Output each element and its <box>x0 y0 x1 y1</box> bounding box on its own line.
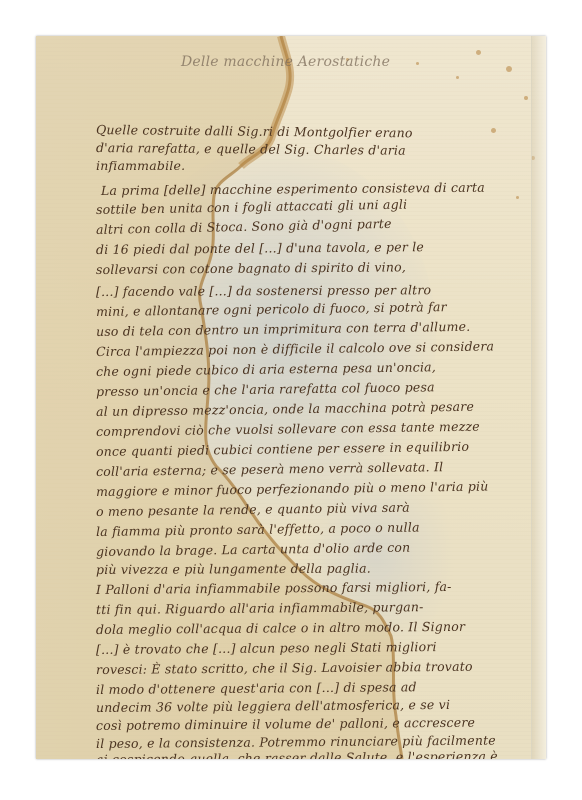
text-line: sollevarsi con cotone bagnato di spirito… <box>96 259 406 277</box>
text-line: tti fin qui. Riguardo all'aria infiammab… <box>96 599 424 617</box>
text-line: infiammabile. <box>96 158 185 173</box>
text-line: così potremo diminuire il volume de' pal… <box>96 715 475 733</box>
text-line: presso un'oncia e che l'aria rarefatta c… <box>96 379 435 399</box>
text-line: comprendovi ciò che vuolsi sollevare con… <box>96 419 480 439</box>
handwritten-text: Delle macchine Aerostatiche Quelle costr… <box>36 36 546 759</box>
text-line: mini, e allontanare ogni pericolo di fuo… <box>96 299 447 319</box>
text-line: al un dipresso mezz'oncia, onde la macch… <box>96 399 474 419</box>
text-line: [...] è trovato che [...] alcun peso neg… <box>96 639 437 657</box>
text-line: giovando la brage. La carta unta d'olio … <box>96 540 411 559</box>
text-line: La prima [delle] macchine esperimento co… <box>101 180 485 198</box>
text-line: la fiamma più pronto sarà l'effetto, a p… <box>96 519 420 539</box>
text-line: il modo d'ottenere quest'aria con [...] … <box>96 679 417 697</box>
text-line: o meno pesante la rende, e quanto più vi… <box>96 500 410 519</box>
text-line: di 16 piedi dal ponte del [...] d'una ta… <box>96 239 424 257</box>
text-line: più vivezza e più lungamente della pagli… <box>96 561 371 577</box>
text-line: sottile ben unita con i fogli attaccati … <box>96 197 407 217</box>
text-line: [...] facendo vale [...] da sostenersi p… <box>96 282 431 299</box>
text-line: rovesci: È stato scritto, che il Sig. La… <box>96 659 473 677</box>
text-line: d'aria rarefatta, e quelle del Sig. Char… <box>96 140 406 158</box>
text-line: dola meglio coll'acqua di calce o in alt… <box>96 619 465 637</box>
text-line: uso di tela con dentro un imprimitura co… <box>96 319 471 339</box>
text-line: undecim 36 volte più leggiera dell'atmos… <box>96 697 450 715</box>
text-line: maggiore e minor fuoco perfezionando più… <box>96 479 489 499</box>
text-line: Circa l'ampiezza poi non è difficile il … <box>96 338 494 359</box>
manuscript-page: Delle macchine Aerostatiche Quelle costr… <box>36 36 546 759</box>
text-line: che ogni piede cubico di aria esterna pe… <box>96 359 436 379</box>
text-line: altri con colla di Stoca. Sono già d'ogn… <box>96 216 392 237</box>
text-line: once quanti piedi cubici contiene per es… <box>96 439 469 459</box>
text-line: I Palloni d'aria infiammabile possono fa… <box>96 579 452 597</box>
text-line: coll'aria esterna; e se peserà meno verr… <box>96 459 444 479</box>
manuscript-title: Delle macchine Aerostatiche <box>181 54 390 70</box>
text-line: Quelle costruite dalli Sig.ri di Montgol… <box>96 122 413 140</box>
